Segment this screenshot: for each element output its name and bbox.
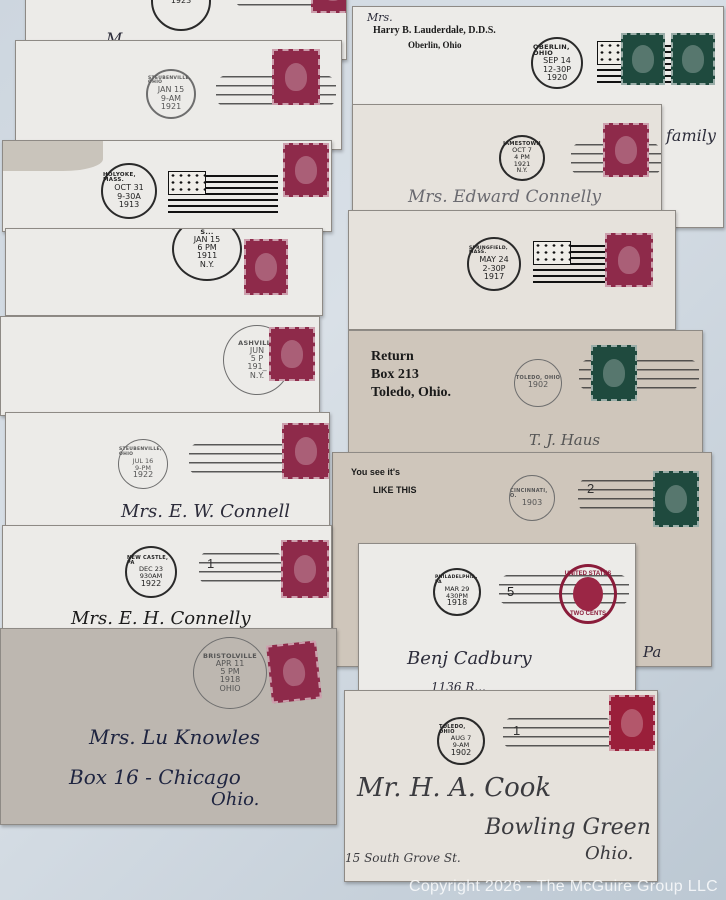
handwritten-address-line4: 15 South Grove St. bbox=[345, 851, 461, 865]
handwritten-address: T. J. Haus bbox=[529, 431, 600, 449]
handwritten-address: Benj Cadbury bbox=[407, 648, 532, 669]
stamp-two-cents-red bbox=[244, 239, 288, 295]
envelope-philadelphia-1918: PHILADELPHIA, PA MAR 29 430PM 1918 5 UNI… bbox=[358, 543, 636, 693]
stamp-2-cent-red bbox=[605, 233, 653, 287]
return-line-3: Toledo, Ohio. bbox=[371, 385, 451, 401]
envelope-toledo-1902-cook: TOLEDO, OHIO AUG 7 9-AM 1902 1 Mr. H. A.… bbox=[344, 690, 658, 882]
cancel-number: 5 bbox=[507, 584, 514, 599]
stamp-two-cents-red bbox=[269, 327, 315, 381]
postmark: STEUBENVILLE, OHIO JUL 16 9-PM 1922 bbox=[118, 439, 168, 489]
return-name: Harry B. Lauderdale, D.D.S. bbox=[373, 25, 496, 36]
postmark: JAMESTOWN OCT 7 4 PM 1921 N.Y. bbox=[499, 135, 545, 181]
handwritten-address-line3: Ohio. bbox=[211, 789, 259, 810]
postmark: TOLEDO, OHIO 1902 bbox=[514, 359, 562, 407]
handwritten-address-line3: Ohio. bbox=[585, 843, 633, 864]
printed-line-1: You see it's bbox=[351, 467, 400, 477]
side-note-family: family bbox=[666, 126, 716, 145]
handwritten-address: Mrs. E. H. Connelly bbox=[71, 608, 251, 629]
address-fragment: Pa bbox=[643, 643, 661, 661]
handwritten-address: Mrs. E. W. Connell bbox=[121, 501, 290, 522]
flag-cancel bbox=[168, 171, 278, 215]
stamp-2-cent-red bbox=[272, 49, 320, 105]
postmark: 1923 bbox=[151, 0, 211, 31]
envelope-steubenville-1922: STEUBENVILLE, OHIO JUL 16 9-PM 1922 Mrs.… bbox=[5, 412, 330, 527]
envelope-ashville: ASHVILLE JUN 5 P 191_ N.Y. bbox=[0, 316, 320, 416]
envelope-jamestown-1921: family JAMESTOWN OCT 7 4 PM 1921 N.Y. Mr… bbox=[352, 104, 662, 212]
printed-line-2: LIKE THIS bbox=[373, 485, 417, 495]
return-line-2: Box 213 bbox=[371, 367, 419, 383]
stamp-1-cent-green bbox=[591, 345, 637, 401]
handwritten-address-line2: Box 16 - Chicago bbox=[69, 765, 241, 789]
handwritten-address-line1: Mrs. Lu Knowles bbox=[89, 725, 260, 749]
postmark: HOLYOKE, MASS. OCT 31 9-30A 1913 bbox=[101, 163, 157, 219]
torn-corner bbox=[3, 141, 103, 171]
stamp-2-cent-red bbox=[283, 143, 329, 197]
stamp-2-cent-red bbox=[603, 123, 649, 177]
stamp-2-cent-red bbox=[282, 423, 330, 479]
stamp-2-cent-red bbox=[266, 641, 322, 704]
postmark: S... JAN 15 6 PM 1911 N.Y. bbox=[172, 228, 242, 281]
postmark: SPRINGFIELD, MASS. MAY 24 2-30P 1917 bbox=[467, 237, 521, 291]
postmark: PHILADELPHIA, PA MAR 29 430PM 1918 bbox=[433, 568, 481, 616]
envelope-ny-1911: S... JAN 15 6 PM 1911 N.Y. bbox=[5, 228, 323, 316]
postmark: BRISTOLVILLE APR 11 5 PM 1918 OHIO bbox=[193, 637, 267, 709]
envelope-springfield-1917: SPRINGFIELD, MASS. MAY 24 2-30P 1917 bbox=[348, 210, 676, 330]
cancel-number: 1 bbox=[513, 723, 520, 738]
postmark: NEW CASTLE, PA DEC 23 930AM 1922 bbox=[125, 546, 177, 598]
watermark: Copyright 2026 - The McGuire Group LLC bbox=[409, 878, 718, 896]
postmark: STEUBENVILLE, OHIO JAN 15 9-AM 1921 bbox=[146, 69, 196, 119]
cancel-number: 2 bbox=[587, 481, 594, 496]
return-prefix: Mrs. bbox=[367, 11, 393, 24]
cancel-lines bbox=[189, 439, 289, 479]
cancel-number: 1 bbox=[207, 556, 214, 571]
stamp-2-cent-red bbox=[311, 0, 347, 13]
envelope-toledo-1902-return: Return Box 213 Toledo, Ohio. TOLEDO, OHI… bbox=[348, 330, 703, 455]
stamp-1-cent-green bbox=[653, 471, 699, 527]
embossed-stamp: UNITED STATES TWO CENTS bbox=[559, 564, 617, 624]
handwritten-address-line1: Mr. H. A. Cook bbox=[357, 773, 551, 803]
envelope-steubenville-1921: STEUBENVILLE, OHIO JAN 15 9-AM 1921 bbox=[15, 40, 342, 150]
stamp-2-cent-red bbox=[281, 540, 329, 598]
envelope-newcastle-1922: NEW CASTLE, PA DEC 23 930AM 1922 1 Mrs. … bbox=[2, 525, 332, 635]
stamp-2-cent-red bbox=[609, 695, 655, 751]
postmark: TOLEDO, OHIO AUG 7 9-AM 1902 bbox=[437, 717, 485, 765]
envelope-holyoke-1913: HOLYOKE, MASS. OCT 31 9-30A 1913 bbox=[2, 140, 332, 232]
return-line-1: Return bbox=[371, 349, 414, 365]
handwritten-address: Mrs. Edward Connelly bbox=[408, 187, 601, 207]
return-city: Oberlin, Ohio bbox=[408, 40, 462, 50]
envelope-bristolville-1918: BRISTOLVILLE APR 11 5 PM 1918 OHIO Mrs. … bbox=[0, 628, 337, 825]
postmark: OBERLIN, OHIO SEP 14 12-30P 1920 bbox=[531, 37, 583, 89]
handwritten-address-line2: Bowling Green bbox=[485, 815, 651, 840]
postmark: CINCINNATI, O. 1903 bbox=[509, 475, 555, 521]
stamp-1-cent-green bbox=[671, 33, 715, 85]
stamp-1-cent-green bbox=[621, 33, 665, 85]
